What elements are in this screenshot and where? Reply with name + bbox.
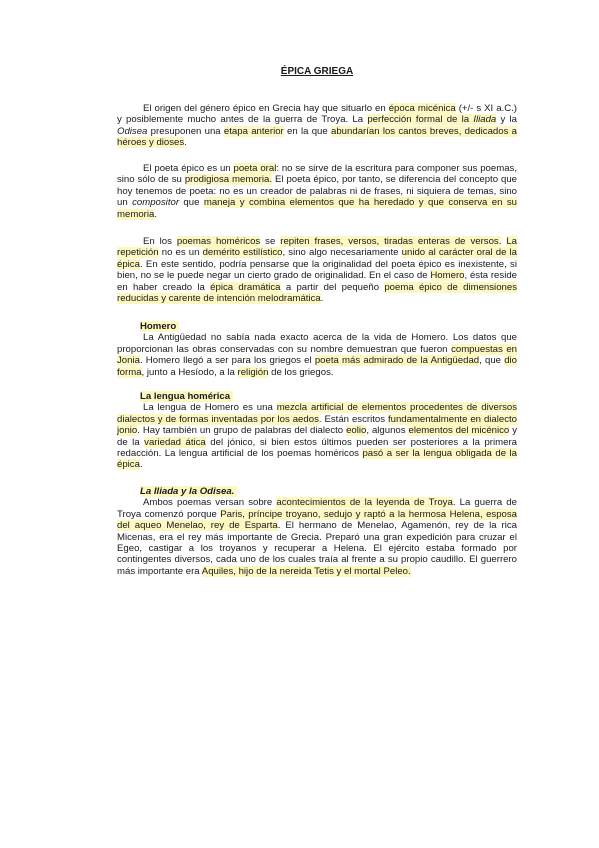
highlight: Homero (430, 270, 464, 281)
section-heading: La Iliada y la Odisea. (117, 486, 517, 497)
highlight: elementos del micénico (408, 425, 509, 436)
highlight: eolio (346, 425, 366, 436)
highlight: poemas homéricos (177, 236, 260, 247)
paragraph-origin: El origen del género épico en Grecia hay… (117, 103, 517, 149)
paragraph-oral-poet: El poeta épico es un poeta oral: no se s… (117, 163, 517, 220)
highlight: variedad ática (144, 437, 206, 448)
highlight: demérito estilístico (203, 247, 283, 258)
section-iliada-odisea: La Iliada y la Odisea. Ambos poemas vers… (117, 486, 517, 577)
highlight: prodigiosa memoria. (185, 174, 272, 185)
highlight: etapa anterior (224, 126, 284, 137)
highlight: religión (238, 367, 269, 378)
highlight: épica dramática (210, 282, 280, 293)
highlight: Aquiles, hijo de la nereida Tetis y el m… (202, 566, 411, 577)
section-lengua-homerica: La lengua homérica La lengua de Homero e… (117, 391, 517, 471)
highlight: repiten frases, versos, tiradas enteras … (280, 236, 501, 247)
highlight: acontecimientos de la leyenda de Troya (276, 497, 452, 508)
highlight: Iliada (473, 114, 496, 125)
section-heading: La lengua homérica (117, 391, 517, 402)
highlight: época micénica (389, 103, 456, 114)
highlight: poeta oral (233, 163, 276, 174)
section-homero: Homero La Antigüedad no sabía nada exact… (117, 321, 517, 378)
highlight: perfección formal de la (367, 114, 473, 125)
highlight: poeta más admirado de la Antigüedad (315, 355, 479, 366)
section-heading: Homero (117, 321, 517, 332)
document-title: ÉPICA GRIEGA (117, 66, 517, 77)
paragraph-repetition: En los poemas homéricos se repiten frase… (117, 236, 517, 304)
